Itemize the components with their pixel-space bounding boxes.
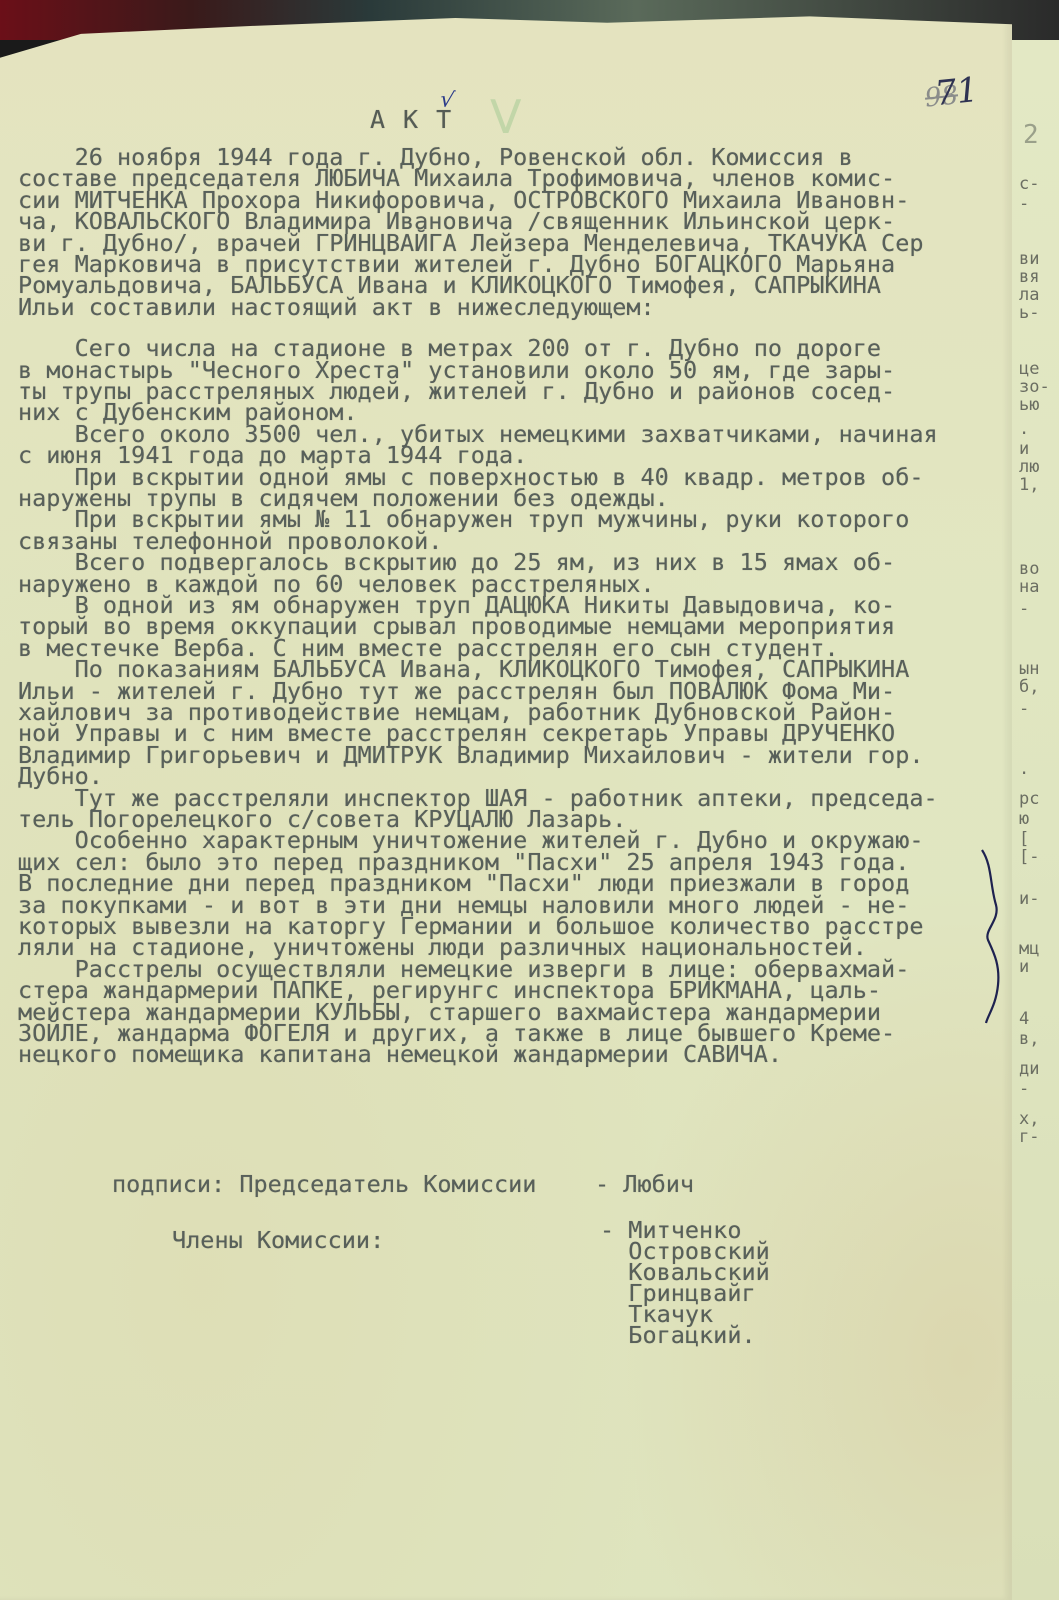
underlying-text-fragment: ь-	[1019, 304, 1039, 322]
underlying-text-fragment: на	[1019, 578, 1039, 596]
underlying-text-fragment: и-	[1019, 890, 1039, 908]
underlying-text-fragment: .	[1019, 420, 1029, 438]
underlying-text-fragment: мц	[1019, 940, 1039, 958]
underlying-text-fragment: -	[1019, 1080, 1029, 1098]
underlying-text-fragment: рс	[1019, 790, 1039, 808]
body-line: Ильи составили настоящий акт в нижеследу…	[18, 293, 655, 321]
underlying-text-fragment: ын	[1019, 660, 1039, 678]
underlying-text-fragment: вя	[1019, 268, 1039, 286]
underlying-text-fragment: -	[1019, 600, 1029, 618]
underlying-text-fragment: б,	[1019, 678, 1039, 696]
chairman-signature-name: - Любич	[595, 1170, 694, 1198]
underlying-text-fragment: г-	[1019, 1128, 1039, 1146]
underlying-text-fragment: це	[1019, 360, 1039, 378]
member-signature-name: Богацкий.	[600, 1321, 756, 1349]
underlying-text-fragment: ла	[1019, 286, 1039, 304]
underlying-page-edge: 2 с--вивялаь-цезо-ью.илю1,вона-ынб,-.рсю…	[1010, 40, 1059, 1600]
underlying-text-fragment: ю	[1019, 810, 1029, 828]
underlying-text-fragment: и	[1019, 440, 1029, 458]
underlying-text-fragment: ди	[1019, 1060, 1039, 1078]
body-line: нецкого помещика капитана немецкой жанда…	[18, 1040, 782, 1068]
underlying-text-fragment: в,	[1019, 1030, 1039, 1048]
document-sheet: АКТ √ V 98 71 26 ноября 1944 года г. Дуб…	[0, 10, 1012, 1600]
underlying-text-fragment: лю	[1019, 458, 1039, 476]
members-signature-label: Члены Комиссии:	[172, 1226, 384, 1254]
body-line: Владимир Григорьевич и ДМИТРУК Владимир …	[18, 741, 923, 769]
underlying-text-fragment: зо-	[1019, 378, 1050, 396]
underlying-text-fragment: -	[1019, 700, 1029, 718]
sheet-number: 71	[933, 70, 980, 114]
underlying-text-fragment: [	[1019, 830, 1029, 848]
underlying-text-fragment: х,	[1019, 1110, 1039, 1128]
underlying-page-number: 2	[1023, 120, 1039, 150]
underlying-text-fragment: во	[1019, 560, 1039, 578]
underlying-text-fragment: -	[1019, 195, 1029, 213]
underlying-text-fragment: .	[1019, 760, 1029, 778]
underlying-text-fragment: [-	[1019, 848, 1039, 866]
underlying-text-fragment: ью	[1019, 396, 1039, 414]
underlying-text-fragment: ви	[1019, 250, 1039, 268]
underlying-text-fragment: 4	[1019, 1010, 1029, 1028]
document-title: АКТ	[370, 105, 469, 134]
underlying-text-fragment: 1,	[1019, 476, 1039, 494]
underlying-text-fragment: и	[1019, 958, 1029, 976]
underlying-text-fragment: с-	[1019, 175, 1039, 193]
chairman-signature-label: подписи: Председатель Комиссии	[112, 1170, 536, 1198]
pencil-check-mark: V	[490, 90, 521, 144]
